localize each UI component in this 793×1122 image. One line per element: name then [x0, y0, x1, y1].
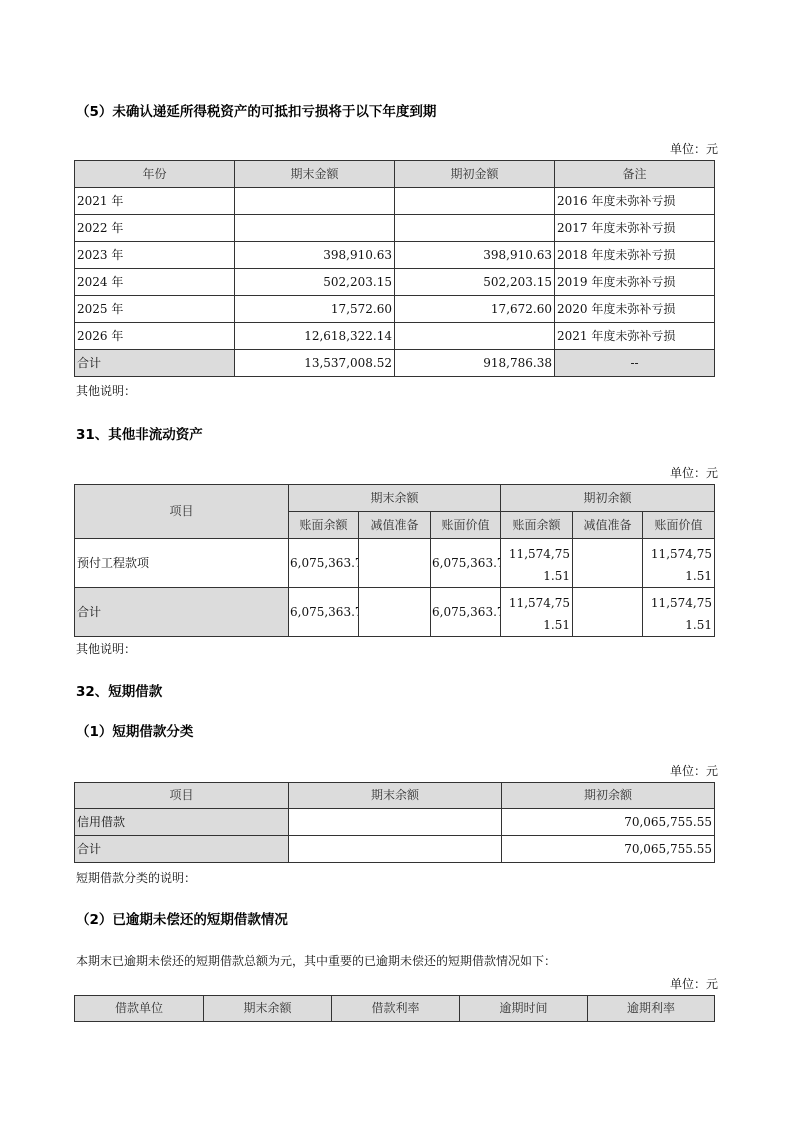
other-noncurrent-assets-table: 项目 期末余额 期初余额 账面余额 减值准备 账面价值 账面余额 减值准备 账面…	[74, 484, 715, 637]
total-open-impair	[573, 588, 643, 637]
ending-cell: 17,572.60	[235, 296, 395, 323]
col-header-overdue-rate: 逾期利率	[588, 996, 715, 1022]
year-cell: 2021 年	[75, 188, 235, 215]
open-value-cell: 11,574,751.51	[643, 539, 715, 588]
total-opening: 70,065,755.55	[502, 836, 715, 863]
total-opening: 918,786.38	[395, 350, 555, 377]
col-header-end-book: 账面余额	[289, 512, 359, 539]
total-ending	[289, 836, 502, 863]
end-value-cell: 6,075,363.75	[431, 539, 501, 588]
table-row: 信用借款 70,065,755.55	[75, 809, 715, 836]
col-header-ending: 期末余额	[204, 996, 332, 1022]
section-5-heading: （5）未确认递延所得税资产的可抵扣亏损将于以下年度到期	[76, 100, 436, 120]
opening-cell	[395, 188, 555, 215]
col-header-lender: 借款单位	[75, 996, 204, 1022]
opening-cell	[395, 323, 555, 350]
year-cell: 2024 年	[75, 269, 235, 296]
short-term-loan-table: 项目 期末余额 期初余额 信用借款 70,065,755.55 合计 70,06…	[74, 782, 715, 863]
total-row: 合计 13,537,008.52 918,786.38 --	[75, 350, 715, 377]
section-32-2-intro: 本期末已逾期未偿还的短期借款总额为元，其中重要的已逾期未偿还的短期借款情况如下：	[76, 952, 556, 969]
col-header-open-book: 账面余额	[501, 512, 573, 539]
section-32-2-heading: （2）已逾期未偿还的短期借款情况	[76, 908, 288, 928]
col-header-end-value: 账面价值	[431, 512, 501, 539]
table-row: 2024 年 502,203.15 502,203.15 2019 年度未弥补亏…	[75, 269, 715, 296]
note-cell: 2019 年度未弥补亏损	[555, 269, 715, 296]
ending-cell: 398,910.63	[235, 242, 395, 269]
col-header-opening: 期初余额	[502, 783, 715, 809]
ending-cell	[235, 215, 395, 242]
ending-cell	[235, 188, 395, 215]
col-header-item: 项目	[75, 783, 289, 809]
col-header-end-impair: 减值准备	[359, 512, 431, 539]
col-header-ending: 期末金额	[235, 161, 395, 188]
total-end-impair	[359, 588, 431, 637]
end-impair-cell	[359, 539, 431, 588]
table-header-row: 项目 期末余额 期初余额	[75, 783, 715, 809]
col-group-ending: 期末余额	[289, 485, 501, 512]
total-end-value: 6,075,363.75	[431, 588, 501, 637]
total-label: 合计	[75, 588, 289, 637]
table-header-row: 项目 期末余额 期初余额	[75, 485, 715, 512]
note-cell: 2016 年度未弥补亏损	[555, 188, 715, 215]
total-label: 合计	[75, 836, 289, 863]
table-row: 2026 年 12,618,322.14 2021 年度未弥补亏损	[75, 323, 715, 350]
ending-cell	[289, 809, 502, 836]
table-header-row: 年份 期末金额 期初金额 备注	[75, 161, 715, 188]
total-label: 合计	[75, 350, 235, 377]
section-32-heading: 32、短期借款	[76, 680, 162, 700]
total-note: --	[555, 350, 715, 377]
section-31-unit: 单位：元	[670, 464, 718, 481]
table-row: 2025 年 17,572.60 17,672.60 2020 年度未弥补亏损	[75, 296, 715, 323]
col-header-ending: 期末余额	[289, 783, 502, 809]
item-cell: 信用借款	[75, 809, 289, 836]
note-cell: 2018 年度未弥补亏损	[555, 242, 715, 269]
opening-cell: 70,065,755.55	[502, 809, 715, 836]
col-group-opening: 期初余额	[501, 485, 715, 512]
open-book-cell: 11,574,751.51	[501, 539, 573, 588]
col-header-note: 备注	[555, 161, 715, 188]
table-row: 2022 年 2017 年度未弥补亏损	[75, 215, 715, 242]
col-header-open-value: 账面价值	[643, 512, 715, 539]
year-cell: 2023 年	[75, 242, 235, 269]
year-cell: 2025 年	[75, 296, 235, 323]
table-row: 2021 年 2016 年度未弥补亏损	[75, 188, 715, 215]
table-row: 2023 年 398,910.63 398,910.63 2018 年度未弥补亏…	[75, 242, 715, 269]
table-header-row: 借款单位 期末余额 借款利率 逾期时间 逾期利率	[75, 996, 715, 1022]
total-open-book: 11,574,751.51	[501, 588, 573, 637]
opening-cell: 17,672.60	[395, 296, 555, 323]
col-header-overdue-time: 逾期时间	[460, 996, 588, 1022]
total-row: 合计 70,065,755.55	[75, 836, 715, 863]
opening-cell: 398,910.63	[395, 242, 555, 269]
item-cell: 预付工程款项	[75, 539, 289, 588]
deductible-loss-table: 年份 期末金额 期初金额 备注 2021 年 2016 年度未弥补亏损 2022…	[74, 160, 715, 377]
opening-cell: 502,203.15	[395, 269, 555, 296]
total-ending: 13,537,008.52	[235, 350, 395, 377]
col-header-opening: 期初金额	[395, 161, 555, 188]
total-end-book: 6,075,363.75	[289, 588, 359, 637]
col-header-rate: 借款利率	[332, 996, 460, 1022]
section-32-1-heading: （1）短期借款分类	[76, 720, 193, 740]
open-impair-cell	[573, 539, 643, 588]
section-5-other-note: 其他说明：	[76, 382, 136, 399]
section-5-unit: 单位：元	[670, 140, 718, 157]
ending-cell: 12,618,322.14	[235, 323, 395, 350]
col-header-item: 项目	[75, 485, 289, 539]
opening-cell	[395, 215, 555, 242]
col-header-open-impair: 减值准备	[573, 512, 643, 539]
year-cell: 2022 年	[75, 215, 235, 242]
total-row: 合计 6,075,363.75 6,075,363.75 11,574,751.…	[75, 588, 715, 637]
year-cell: 2026 年	[75, 323, 235, 350]
section-31-heading: 31、其他非流动资产	[76, 423, 203, 443]
section-31-other-note: 其他说明：	[76, 640, 136, 657]
section-32-2-unit: 单位：元	[670, 975, 718, 992]
total-open-value: 11,574,751.51	[643, 588, 715, 637]
end-book-cell: 6,075,363.75	[289, 539, 359, 588]
col-header-year: 年份	[75, 161, 235, 188]
overdue-loan-table: 借款单位 期末余额 借款利率 逾期时间 逾期利率	[74, 995, 715, 1022]
section-32-1-note: 短期借款分类的说明：	[76, 869, 196, 886]
ending-cell: 502,203.15	[235, 269, 395, 296]
table-row: 预付工程款项 6,075,363.75 6,075,363.75 11,574,…	[75, 539, 715, 588]
note-cell: 2020 年度未弥补亏损	[555, 296, 715, 323]
section-32-1-unit: 单位：元	[670, 762, 718, 779]
note-cell: 2021 年度未弥补亏损	[555, 323, 715, 350]
note-cell: 2017 年度未弥补亏损	[555, 215, 715, 242]
